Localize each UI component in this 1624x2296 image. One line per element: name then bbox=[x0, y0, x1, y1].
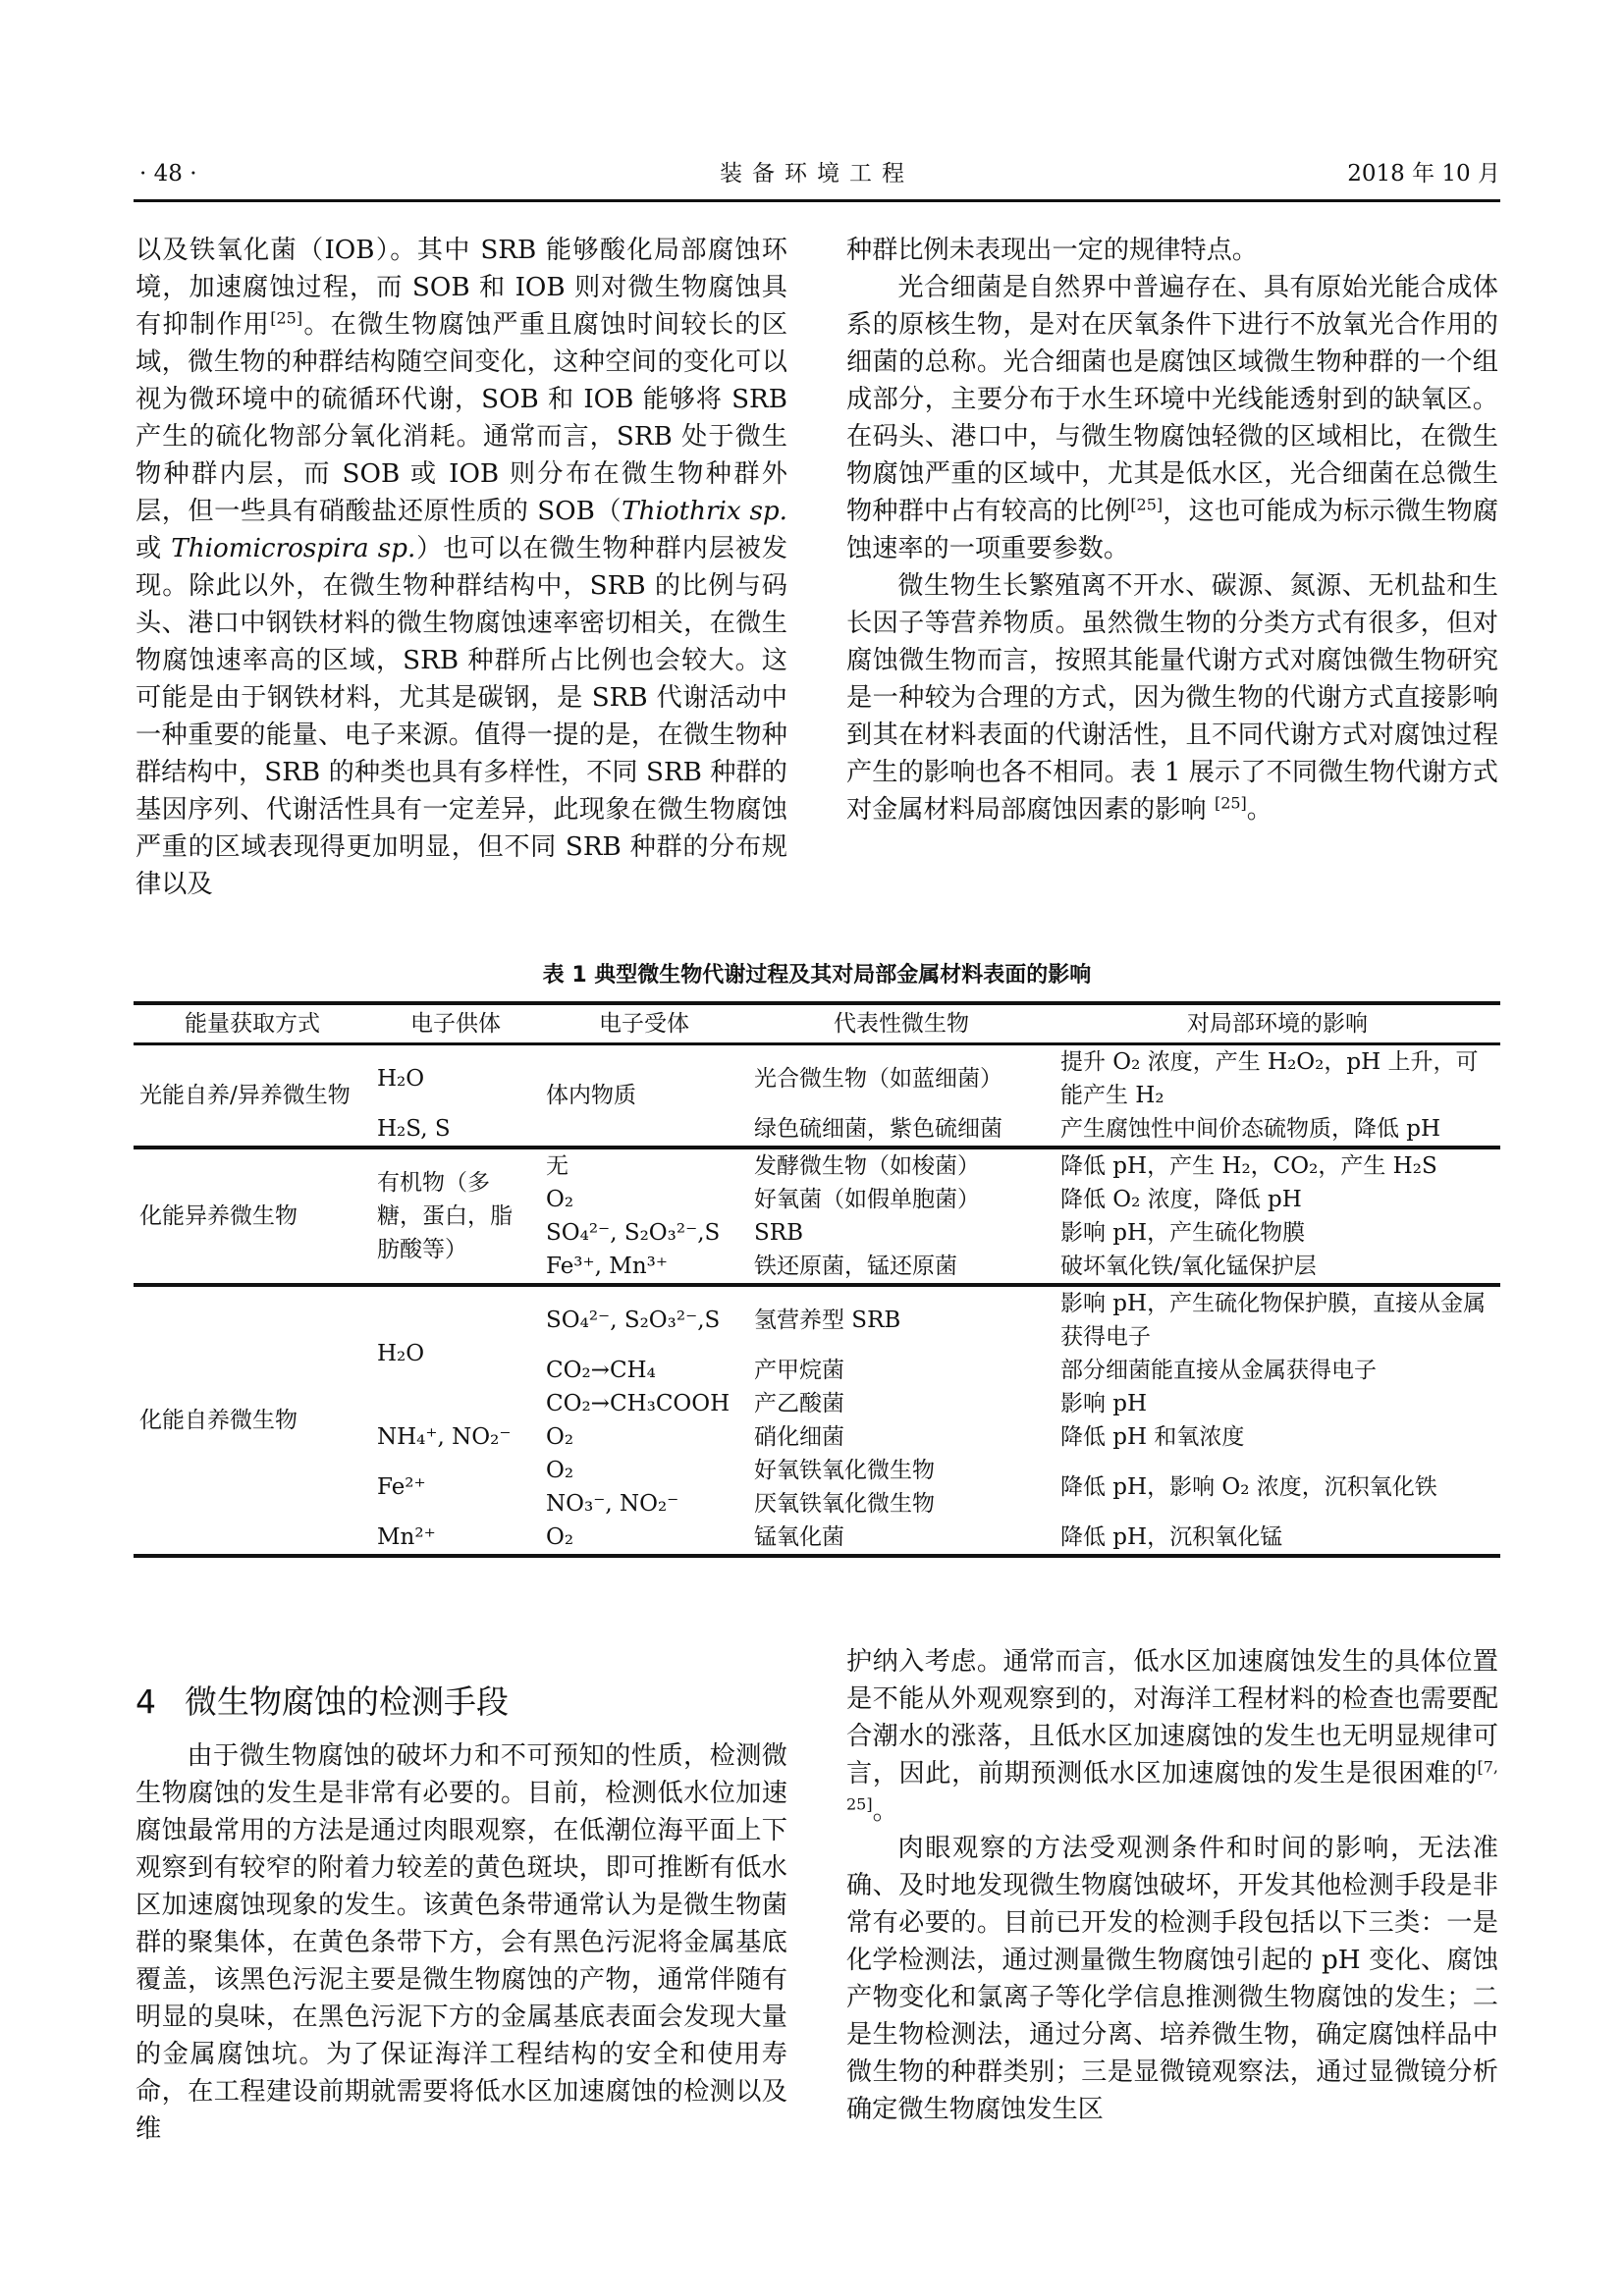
organism-cell: 好氧菌（如假单胞菌） bbox=[748, 1183, 1055, 1216]
organism-cell: 产乙酸菌 bbox=[748, 1387, 1055, 1420]
paragraph: 微生物生长繁殖离不开水、碳源、氮源、无机盐和生长因子等营养物质。虽然微生物的分类… bbox=[846, 567, 1498, 828]
paragraph: 以及铁氧化菌（IOB）。其中 SRB 能够酸化局部腐蚀环境，加速腐蚀过程，而 S… bbox=[135, 232, 787, 903]
section-heading: 4微生物腐蚀的检测手段 bbox=[135, 1681, 509, 1724]
table-row: 光能自养/异养微生物 H₂O 体内物质 光合微生物（如蓝细菌） 提升 O₂ 浓度… bbox=[134, 1044, 1500, 1113]
effect-cell: 影响 pH，产生硫化物保护膜，直接从金属获得电子 bbox=[1055, 1285, 1500, 1354]
paragraph: 由于微生物腐蚀的破坏力和不可预知的性质，检测微生物腐蚀的发生是非常有必要的。目前… bbox=[135, 1737, 787, 2148]
citation: [25] bbox=[1130, 495, 1163, 513]
donor-cell: Fe²⁺ bbox=[371, 1454, 540, 1521]
organism-cell: SRB bbox=[748, 1216, 1055, 1250]
section-title: 微生物腐蚀的检测手段 bbox=[185, 1682, 509, 1721]
left-column-bottom: 由于微生物腐蚀的破坏力和不可预知的性质，检测微生物腐蚀的发生是非常有必要的。目前… bbox=[135, 1737, 787, 2148]
species-name: Thiomicrospira sp. bbox=[171, 534, 415, 563]
column-header: 电子受体 bbox=[540, 1003, 748, 1044]
effect-cell: 降低 pH，影响 O₂ 浓度，沉积氧化铁 bbox=[1055, 1454, 1500, 1521]
table-group-chemoheterotrophic: 化能异养微生物 有机物（多糖，蛋白，脂肪酸等） 无 发酵微生物（如梭菌） 降低 … bbox=[134, 1148, 1500, 1285]
text: 。 bbox=[873, 1796, 898, 1826]
effect-cell: 部分细菌能直接从金属获得电子 bbox=[1055, 1354, 1500, 1387]
column-header: 能量获取方式 bbox=[134, 1003, 371, 1044]
effect-cell: 产生腐蚀性中间价态硫物质，降低 pH bbox=[1055, 1112, 1500, 1148]
organism-cell: 光合微生物（如蓝细菌） bbox=[748, 1044, 1055, 1113]
table-row: 化能自养微生物 H₂O SO₄²⁻, S₂O₃²⁻,S 氢营养型 SRB 影响 … bbox=[134, 1285, 1500, 1354]
donor-cell: Mn²⁺ bbox=[371, 1521, 540, 1556]
column-header: 代表性微生物 bbox=[748, 1003, 1055, 1044]
column-header: 电子供体 bbox=[371, 1003, 540, 1044]
text: 光合细菌是自然界中普遍存在、具有原始光能合成体系的原核生物，是对在厌氧条件下进行… bbox=[846, 273, 1498, 526]
metabolism-table: 能量获取方式 电子供体 电子受体 代表性微生物 对局部环境的影响 光能自养/异养… bbox=[134, 1001, 1500, 1558]
donor-cell: 有机物（多糖，蛋白，脂肪酸等） bbox=[371, 1148, 540, 1285]
donor-cell: H₂O bbox=[371, 1285, 540, 1420]
energy-mode-cell: 化能自养微生物 bbox=[134, 1285, 371, 1556]
organism-cell: 绿色硫细菌，紫色硫细菌 bbox=[748, 1112, 1055, 1148]
donor-cell: H₂S, S bbox=[371, 1112, 540, 1148]
effect-cell: 影响 pH bbox=[1055, 1387, 1500, 1420]
paragraph: 肉眼观察的方法受观测条件和时间的影响，无法准确、及时地发现微生物腐蚀破坏，开发其… bbox=[846, 1830, 1498, 2128]
acceptor-cell: O₂ bbox=[540, 1454, 748, 1487]
citation: [25] bbox=[1215, 793, 1247, 812]
effect-cell: 降低 pH，产生 H₂，CO₂，产生 H₂S bbox=[1055, 1148, 1500, 1183]
text: 。 bbox=[1247, 795, 1272, 825]
acceptor-cell: 体内物质 bbox=[540, 1044, 748, 1148]
organism-cell: 铁还原菌，锰还原菌 bbox=[748, 1250, 1055, 1285]
acceptor-cell: O₂ bbox=[540, 1521, 748, 1556]
acceptor-cell: O₂ bbox=[540, 1183, 748, 1216]
donor-cell: NH₄⁺, NO₂⁻ bbox=[371, 1420, 540, 1454]
paragraph: 光合细菌是自然界中普遍存在、具有原始光能合成体系的原核生物，是对在厌氧条件下进行… bbox=[846, 269, 1498, 567]
paragraph: 种群比例未表现出一定的规律特点。 bbox=[846, 232, 1498, 269]
organism-cell: 产甲烷菌 bbox=[748, 1354, 1055, 1387]
organism-cell: 厌氧铁氧化微生物 bbox=[748, 1487, 1055, 1521]
organism-cell: 好氧铁氧化微生物 bbox=[748, 1454, 1055, 1487]
acceptor-cell: O₂ bbox=[540, 1420, 748, 1454]
organism-cell: 锰氧化菌 bbox=[748, 1521, 1055, 1556]
running-header: · 48 · 装备环境工程 2018 年 10 月 bbox=[134, 157, 1500, 190]
text: 微生物生长繁殖离不开水、碳源、氮源、无机盐和生长因子等营养物质。虽然微生物的分类… bbox=[846, 571, 1498, 825]
donor-cell: H₂O bbox=[371, 1044, 540, 1113]
table-row: 化能异养微生物 有机物（多糖，蛋白，脂肪酸等） 无 发酵微生物（如梭菌） 降低 … bbox=[134, 1148, 1500, 1183]
section-number: 4 bbox=[135, 1681, 185, 1724]
table-header-row: 能量获取方式 电子供体 电子受体 代表性微生物 对局部环境的影响 bbox=[134, 1003, 1500, 1044]
organism-cell: 氢营养型 SRB bbox=[748, 1285, 1055, 1354]
table-caption: 表 1 典型微生物代谢过程及其对局部金属材料表面的影响 bbox=[134, 960, 1500, 991]
effect-cell: 破坏氧化铁/氧化锰保护层 bbox=[1055, 1250, 1500, 1285]
left-column-top: 以及铁氧化菌（IOB）。其中 SRB 能够酸化局部腐蚀环境，加速腐蚀过程，而 S… bbox=[135, 232, 787, 903]
text: ）也可以在微生物种群内层被发现。除此以外，在微生物种群结构中，SRB 的比例与码… bbox=[135, 534, 787, 899]
acceptor-cell: SO₄²⁻, S₂O₃²⁻,S bbox=[540, 1216, 748, 1250]
acceptor-cell: NO₃⁻, NO₂⁻ bbox=[540, 1487, 748, 1521]
acceptor-cell: Fe³⁺, Mn³⁺ bbox=[540, 1250, 748, 1285]
species-name: Thiothrix sp. bbox=[622, 497, 787, 526]
paragraph: 护纳入考虑。通常而言，低水区加速腐蚀发生的具体位置是不能从外观观察到的，对海洋工… bbox=[846, 1643, 1498, 1830]
acceptor-cell: CO₂→CH₄ bbox=[540, 1354, 748, 1387]
text: 。在微生物腐蚀严重且腐蚀时间较长的区域，微生物的种群结构随空间变化，这种空间的变… bbox=[135, 310, 787, 526]
table-group-phototrophic: 光能自养/异养微生物 H₂O 体内物质 光合微生物（如蓝细菌） 提升 O₂ 浓度… bbox=[134, 1044, 1500, 1148]
issue-date: 2018 年 10 月 bbox=[1347, 157, 1500, 190]
right-column-bottom: 护纳入考虑。通常而言，低水区加速腐蚀发生的具体位置是不能从外观观察到的，对海洋工… bbox=[846, 1643, 1498, 2128]
energy-mode-cell: 化能异养微生物 bbox=[134, 1148, 371, 1285]
text: 或 bbox=[135, 534, 171, 563]
acceptor-cell: CO₂→CH₃COOH bbox=[540, 1387, 748, 1420]
citation: [25] bbox=[270, 308, 302, 327]
journal-title: 装备环境工程 bbox=[134, 157, 1500, 190]
effect-cell: 提升 O₂ 浓度，产生 H₂O₂，pH 上升，可能产生 H₂ bbox=[1055, 1044, 1500, 1113]
right-column-top: 种群比例未表现出一定的规律特点。 光合细菌是自然界中普遍存在、具有原始光能合成体… bbox=[846, 232, 1498, 828]
text: 护纳入考虑。通常而言，低水区加速腐蚀发生的具体位置是不能从外观观察到的，对海洋工… bbox=[846, 1647, 1498, 1789]
effect-cell: 降低 O₂ 浓度，降低 pH bbox=[1055, 1183, 1500, 1216]
acceptor-cell: 无 bbox=[540, 1148, 748, 1183]
header-rule bbox=[134, 199, 1500, 202]
organism-cell: 硝化细菌 bbox=[748, 1420, 1055, 1454]
effect-cell: 降低 pH，沉积氧化锰 bbox=[1055, 1521, 1500, 1556]
energy-mode-cell: 光能自养/异养微生物 bbox=[134, 1044, 371, 1148]
table-group-chemoautotrophic: 化能自养微生物 H₂O SO₄²⁻, S₂O₃²⁻,S 氢营养型 SRB 影响 … bbox=[134, 1285, 1500, 1556]
organism-cell: 发酵微生物（如梭菌） bbox=[748, 1148, 1055, 1183]
effect-cell: 降低 pH 和氧浓度 bbox=[1055, 1420, 1500, 1454]
column-header: 对局部环境的影响 bbox=[1055, 1003, 1500, 1044]
effect-cell: 影响 pH，产生硫化物膜 bbox=[1055, 1216, 1500, 1250]
acceptor-cell: SO₄²⁻, S₂O₃²⁻,S bbox=[540, 1285, 748, 1354]
